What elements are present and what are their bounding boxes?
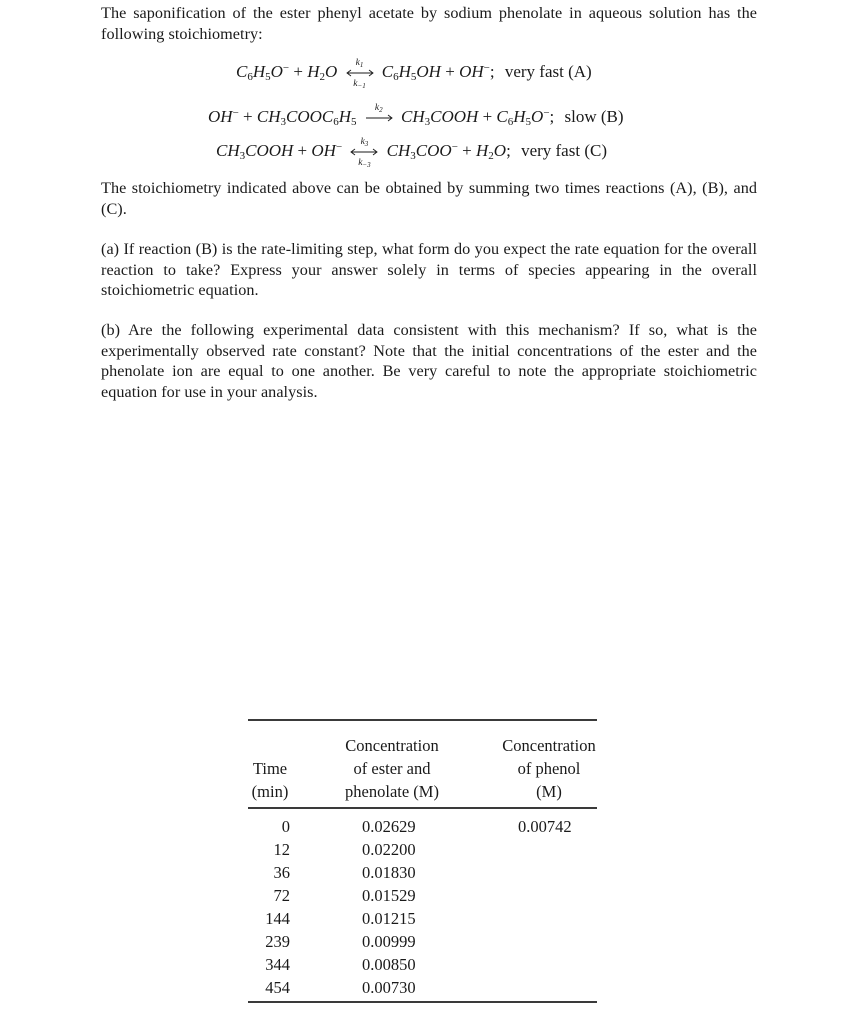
part-b-paragraph: (b) Are the following experimental data … xyxy=(101,320,757,402)
cell-time: 144 xyxy=(248,907,290,930)
header-phenol-concentration: Concentration of phenol (M) xyxy=(488,734,610,803)
header-time-line-2: (min) xyxy=(248,780,292,803)
table-row: 720.01529 xyxy=(248,884,597,907)
reversible-arrow-icon: k3 k−3 xyxy=(349,141,379,163)
reaction-a-note: very fast (A) xyxy=(505,62,592,81)
table-row: 360.01830 xyxy=(248,861,597,884)
cell-ester-concentration: 0.00730 xyxy=(362,976,432,999)
rate-constant-k1: k1 xyxy=(345,58,375,68)
header-ester-line-1: Concentration xyxy=(332,734,452,757)
cell-ester-concentration: 0.02200 xyxy=(362,838,432,861)
cell-ester-concentration: 0.01529 xyxy=(362,884,432,907)
table-top-rule xyxy=(248,719,597,721)
header-time: Time (min) xyxy=(248,757,292,803)
header-ester-line-3: phenolate (M) xyxy=(332,780,452,803)
rate-constant-k3: k3 xyxy=(349,137,379,147)
reaction-b-equation: OH− + CH3COOC6H5 k2 CH3COOH + C6H5O−; sl… xyxy=(208,106,624,129)
cell-ester-concentration: 0.02629 xyxy=(362,815,432,838)
reaction-b-note: slow (B) xyxy=(565,107,624,126)
header-phenol-line-3: (M) xyxy=(488,780,610,803)
cell-time: 0 xyxy=(248,815,290,838)
cell-time: 344 xyxy=(248,953,290,976)
forward-arrow-icon: k2 xyxy=(364,107,394,129)
reaction-c-note: very fast (C) xyxy=(521,141,607,160)
plus-sign: + xyxy=(445,62,455,81)
plus-sign: + xyxy=(243,107,253,126)
cell-time: 36 xyxy=(248,861,290,884)
plus-sign: + xyxy=(293,62,303,81)
cell-ester-concentration: 0.00850 xyxy=(362,953,432,976)
cell-ester-concentration: 0.00999 xyxy=(362,930,432,953)
table-row: 00.026290.00742 xyxy=(248,815,597,838)
reaction-c-equation: CH3COOH + OH− k3 k−3 CH3COO− + H2O; very… xyxy=(216,140,607,163)
cell-time: 239 xyxy=(248,930,290,953)
header-time-line-1: Time xyxy=(248,757,292,780)
cell-time: 72 xyxy=(248,884,290,907)
plus-sign: + xyxy=(483,107,493,126)
cell-time: 454 xyxy=(248,976,290,999)
table-row: 1440.01215 xyxy=(248,907,597,930)
semicolon: ; xyxy=(550,107,555,126)
table-body: 00.026290.00742120.02200360.01830720.015… xyxy=(248,815,597,999)
semicolon: ; xyxy=(490,62,495,81)
reversible-arrow-icon: k1 k−1 xyxy=(345,62,375,84)
table-header-rule xyxy=(248,807,597,809)
cell-phenol-concentration: 0.00742 xyxy=(518,815,588,838)
table-row: 4540.00730 xyxy=(248,976,597,999)
table-row: 3440.00850 xyxy=(248,953,597,976)
cell-ester-concentration: 0.01830 xyxy=(362,861,432,884)
rate-constant-k-minus-3: k−3 xyxy=(349,158,379,168)
reaction-a-equation: C6H5O− + H2O k1 k−1 C6H5OH + OH−; very f… xyxy=(236,61,592,84)
semicolon: ; xyxy=(506,141,511,160)
header-phenol-line-1: Concentration xyxy=(488,734,610,757)
summation-paragraph: The stoichiometry indicated above can be… xyxy=(101,178,757,219)
header-ester-concentration: Concentration of ester and phenolate (M) xyxy=(332,734,452,803)
cell-ester-concentration: 0.01215 xyxy=(362,907,432,930)
header-ester-line-2: of ester and xyxy=(332,757,452,780)
part-a-paragraph: (a) If reaction (B) is the rate-limiting… xyxy=(101,239,757,301)
table-row: 2390.00999 xyxy=(248,930,597,953)
rate-constant-k-minus-1: k−1 xyxy=(345,79,375,89)
intro-paragraph: The saponification of the ester phenyl a… xyxy=(101,3,757,44)
rate-constant-k2: k2 xyxy=(364,103,394,113)
plus-sign: + xyxy=(298,141,308,160)
plus-sign: + xyxy=(462,141,472,160)
table-row: 120.02200 xyxy=(248,838,597,861)
cell-time: 12 xyxy=(248,838,290,861)
header-phenol-line-2: of phenol xyxy=(488,757,610,780)
table-bottom-rule xyxy=(248,1001,597,1003)
